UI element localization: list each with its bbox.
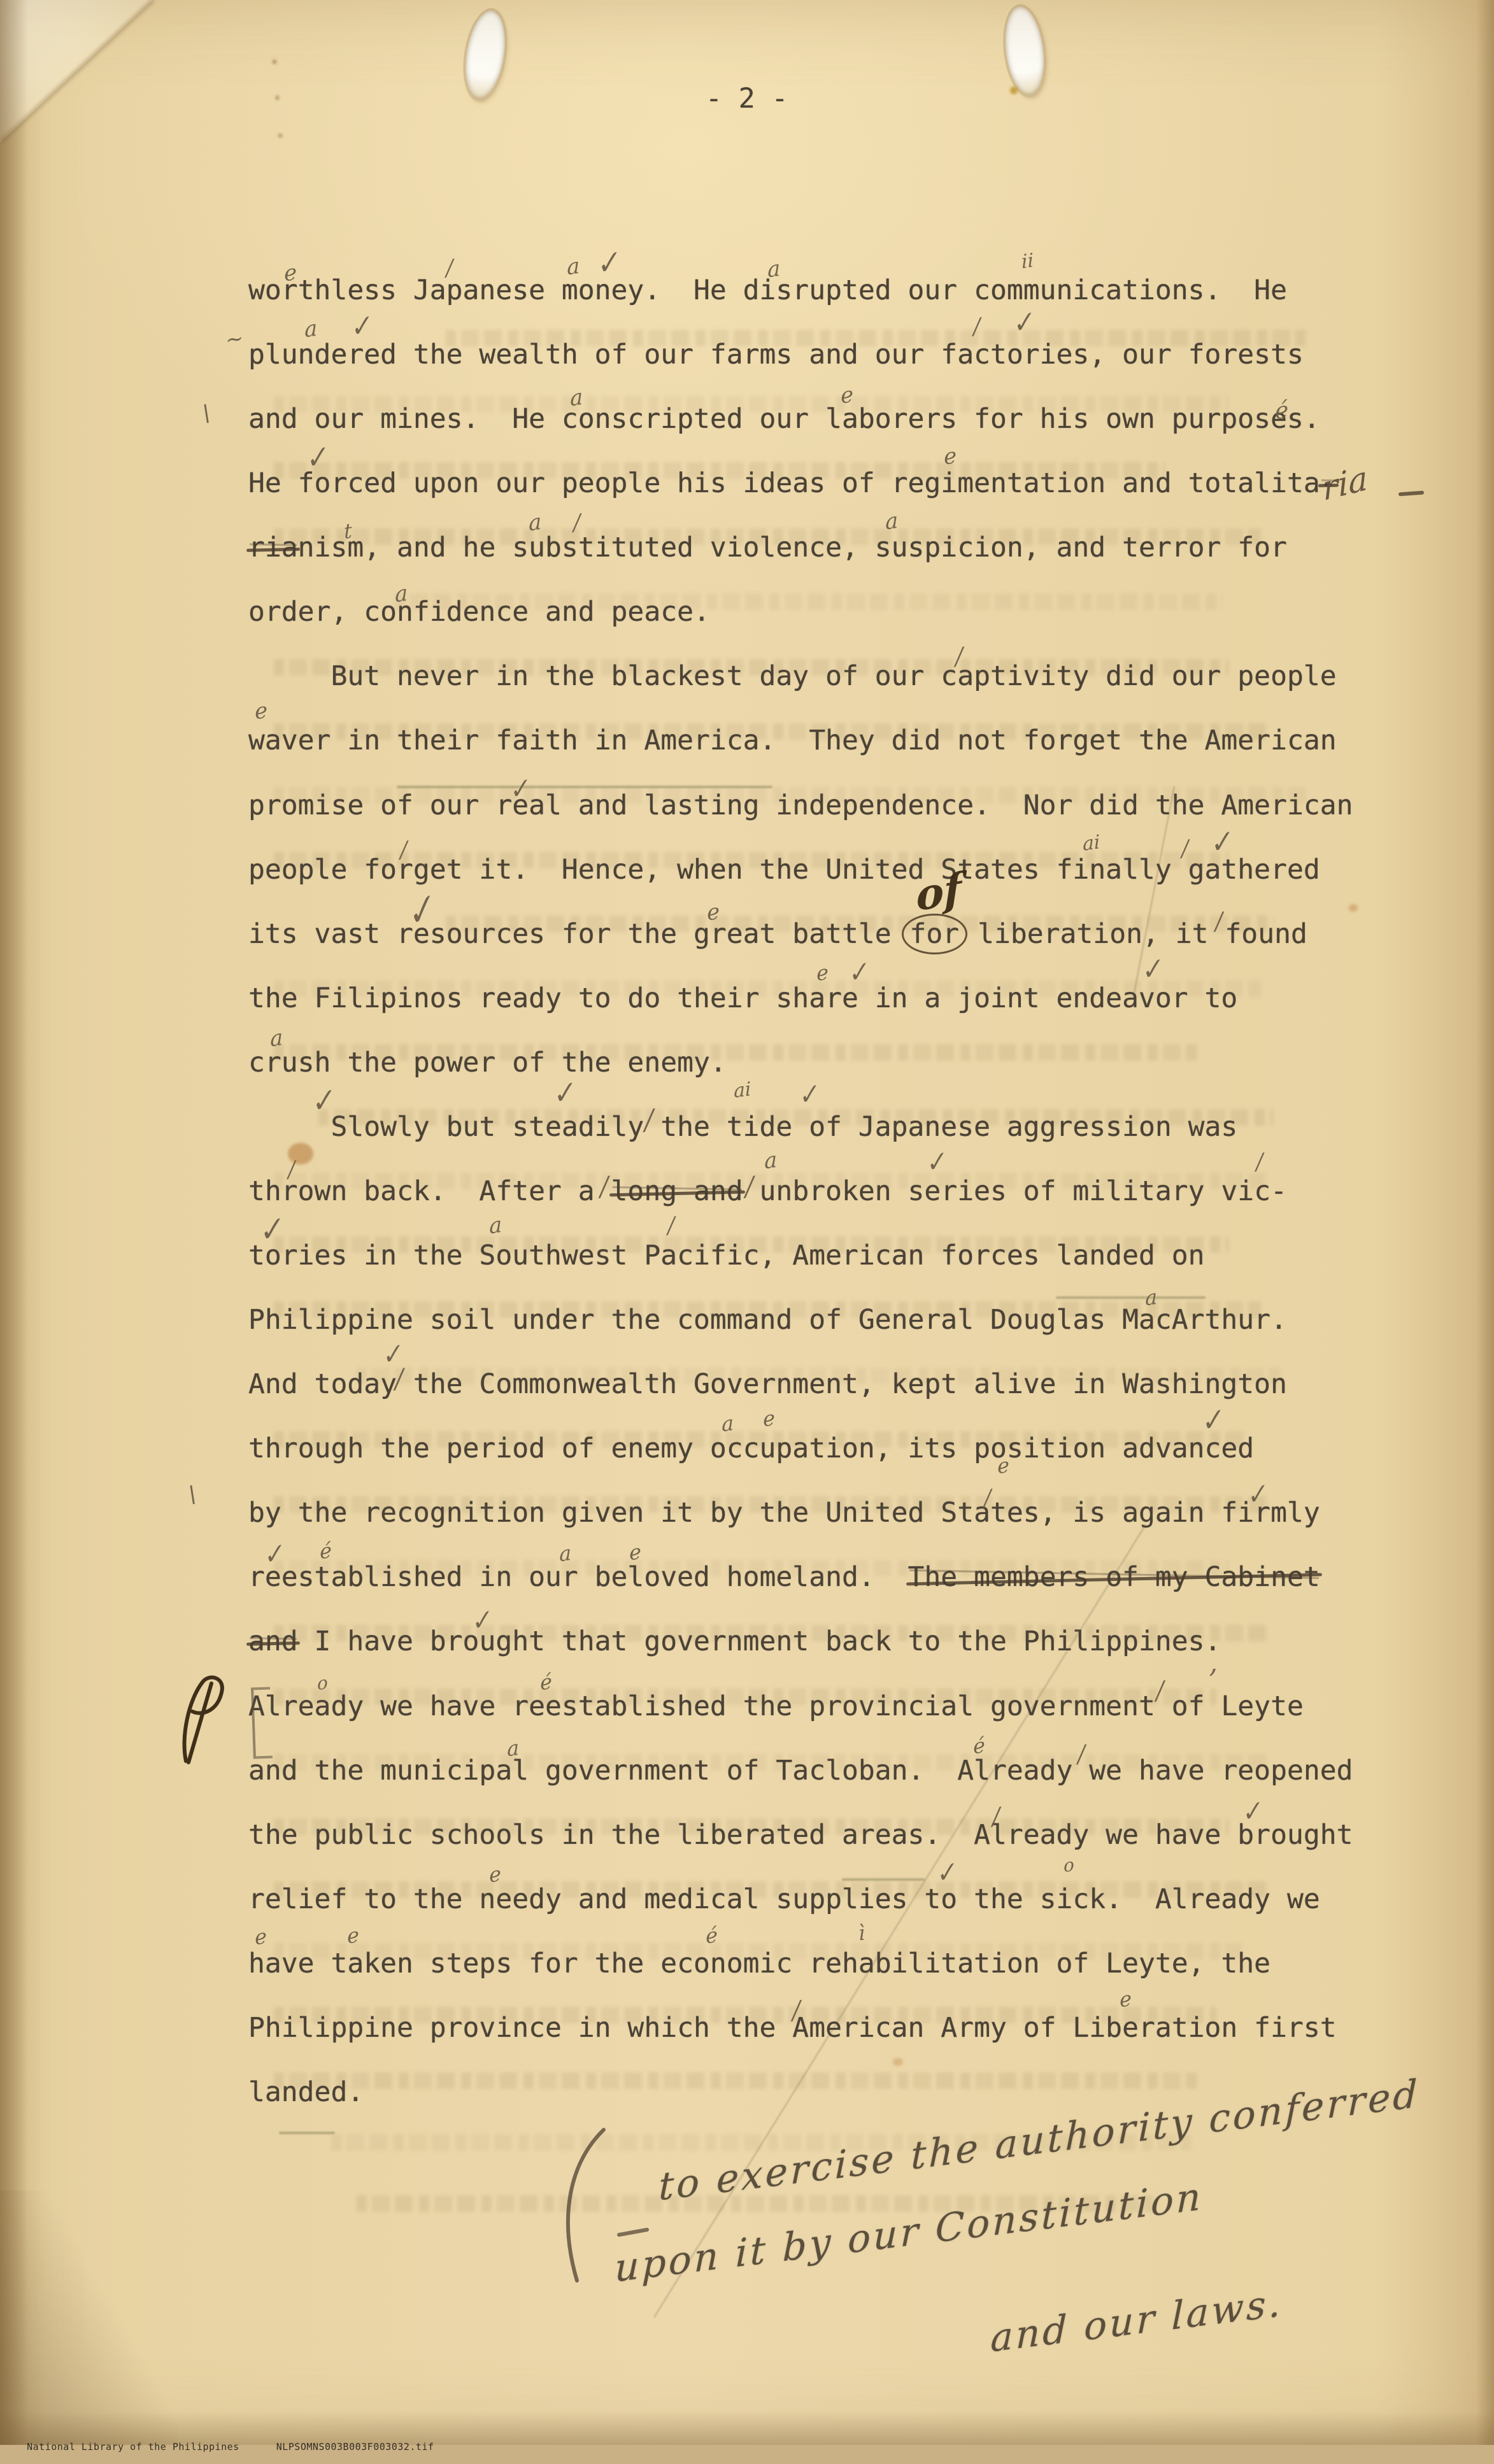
pencil-mark: e: [489, 1864, 502, 1886]
typed-segment: Philippine soil under the command of Gen…: [248, 1304, 1287, 1336]
typed-line: crush the power of the enemy.: [248, 1049, 727, 1077]
typed-line: order, confidence and peace.: [248, 598, 710, 626]
pencil-mark: /: [445, 257, 453, 280]
pencil-mark: é: [1274, 399, 1288, 423]
insertion-bracket: [251, 1687, 273, 1759]
typed-segment: thrown back. After a: [248, 1175, 611, 1207]
typed-line: relief to the needy and medical supplies…: [248, 1886, 1320, 1913]
paper-speck: [278, 134, 282, 138]
typed-line: have taken steps for the economic rehabi…: [248, 1950, 1270, 1978]
pencil-mark: e: [1120, 1988, 1132, 2011]
typed-segment: He forced upon our people his ideas of r…: [248, 467, 1320, 499]
typed-line: the public schools in the liberated area…: [248, 1822, 1353, 1849]
pencil-mark: e: [707, 901, 720, 924]
typed-segment: by the recognition given it by the Unite…: [248, 1497, 1320, 1529]
page-edge-right: [1476, 0, 1494, 2445]
typed-line: its vast resources for the great battle …: [248, 921, 1307, 948]
typed-segment: the Filipinos ready to do their share in…: [248, 982, 1237, 1014]
typed-line: promise of our real and lasting independ…: [248, 792, 1353, 819]
typed-segment-strike: long and: [611, 1175, 743, 1207]
pencil-mark: /: [667, 1214, 675, 1237]
typed-line: and the municipal government of Tacloban…: [248, 1757, 1353, 1785]
pencil-mark: a: [764, 1149, 778, 1173]
typed-segment: reestablished in our beloved homeland.: [248, 1561, 908, 1593]
pencil-mark: /: [1214, 910, 1223, 934]
pencil-mark: e: [284, 262, 297, 285]
typed-segment: I have brought that government back to t…: [298, 1625, 1221, 1657]
pencil-underline: [1056, 1296, 1206, 1299]
typed-line: rianism, and he substituted violence, su…: [248, 534, 1287, 562]
pencil-mark: ~: [225, 327, 244, 351]
typed-segment: and the municipal government of Tacloban…: [248, 1755, 1353, 1787]
pencil-mark: /: [992, 1805, 1000, 1829]
pencil-mark: ✓: [346, 311, 374, 342]
pencil-mark: ii: [1021, 251, 1034, 273]
pencil-underline: [279, 2132, 335, 2134]
paper-stain: [1349, 904, 1358, 912]
pencil-mark: o: [1064, 1856, 1075, 1875]
typed-segment: tories in the Southwest Pacific, America…: [248, 1240, 1205, 1271]
pencil-mark: /: [1077, 1743, 1085, 1767]
typed-line: waver in their faith in America. They di…: [248, 727, 1337, 754]
typed-segment-strike: ria: [248, 532, 298, 563]
handwritten-dash: [1398, 491, 1424, 497]
pencil-mark: /: [599, 1173, 609, 1200]
typed-line: tories in the Southwest Pacific, America…: [248, 1242, 1205, 1270]
pencil-mark: e: [944, 445, 957, 469]
pencil-mark: /: [644, 1106, 653, 1134]
typed-line: plundered the wealth of our farms and ou…: [248, 341, 1304, 369]
pencil-mark: é: [540, 1671, 553, 1694]
pencil-mark: ai: [734, 1080, 751, 1101]
paper-speck: [273, 60, 276, 64]
pencil-mark: /: [955, 645, 963, 669]
pencil-underline: [397, 786, 772, 788]
page-curl-bottom-left: [0, 2190, 178, 2445]
pencil-mark: /: [792, 1997, 800, 2023]
paper-speck: [276, 96, 279, 100]
pencil-mark: é: [973, 1735, 986, 1757]
document-page: - 2 - worthless Japanese money. He disru…: [0, 0, 1494, 2445]
pencil-mark: \: [202, 402, 210, 426]
paper-stain: [288, 1143, 313, 1165]
pencil-mark: o: [317, 1674, 329, 1693]
pencil-mark: ai: [1083, 833, 1100, 854]
pencil-mark: /: [1255, 1151, 1263, 1173]
pencil-mark: é: [706, 1925, 718, 1947]
pencil-mark: e: [816, 962, 829, 984]
pencil-mark: e: [255, 1926, 267, 1948]
typed-segment: crush the power of the enemy.: [248, 1047, 727, 1079]
footer-filename: NLPSOMNS003B003F003032.tif: [276, 2441, 434, 2445]
pencil-underline: [842, 1878, 925, 1881]
typed-segment: have taken steps for the economic rehabi…: [248, 1948, 1270, 1979]
pencil-mark: /: [1181, 837, 1189, 860]
typed-line: thrown back. After a long and unbroken s…: [248, 1178, 1287, 1205]
pencil-mark: /: [573, 511, 581, 534]
pencil-mark: /: [972, 315, 981, 338]
typed-segment: relief to the needy and medical supplies…: [248, 1883, 1320, 1915]
punch-hole-right: [1001, 4, 1049, 97]
typed-line: by the recognition given it by the Unite…: [248, 1499, 1320, 1527]
pencil-mark: é: [320, 1540, 332, 1562]
pencil-mark: a: [507, 1738, 520, 1760]
paper-stain: [893, 2058, 903, 2066]
pencil-mark: /: [399, 839, 408, 861]
footer-institution: National Library of the Philippines: [27, 2441, 239, 2445]
pencil-mark: ✓: [548, 1077, 578, 1110]
page-edge-left: [0, 0, 28, 2445]
punch-hole-left: [460, 8, 510, 101]
pencil-mark: a: [304, 318, 318, 341]
pencil-mark: a: [559, 1543, 572, 1565]
typed-line: and our mines. He conscripted our labore…: [248, 406, 1320, 433]
pencil-mark: a: [885, 510, 899, 534]
typed-line: and I have brought that government back …: [248, 1628, 1221, 1655]
typed-line: landed.: [248, 2079, 364, 2106]
typed-segment: landed.: [248, 2076, 364, 2108]
pencil-mark: /: [744, 1173, 754, 1200]
typed-segment-strike: and: [248, 1625, 298, 1657]
page-number: - 2 -: [706, 83, 788, 115]
paper-stain: [1010, 87, 1018, 94]
typed-segment: the public schools in the liberated area…: [248, 1819, 1353, 1851]
typed-line: But never in the blackest day of our cap…: [248, 663, 1337, 690]
pencil-mark: ,: [1208, 1648, 1218, 1678]
pencil-mark: /: [394, 1366, 404, 1392]
typed-segment: And today the Commonwealth Government, k…: [248, 1368, 1287, 1400]
typed-segment: But never in the blackest day of our cap…: [248, 660, 1337, 692]
pencil-mark: e: [255, 700, 268, 723]
typed-segment: waver in their faith in America. They di…: [248, 725, 1337, 756]
handwritten-of-replacement: of: [915, 863, 962, 921]
pencil-mark: e: [763, 1408, 776, 1430]
pencil-mark: ì: [858, 1922, 865, 1944]
pencil-mark: \: [188, 1483, 196, 1507]
typed-segment: promise of our real and lasting independ…: [248, 789, 1353, 821]
pencil-mark: /: [1155, 1678, 1164, 1703]
pencil-mark: a: [395, 583, 408, 606]
pencil-mark: ✓: [795, 1080, 822, 1110]
typed-segment: Slowly but steadily the tide of Japanese…: [248, 1111, 1237, 1143]
typed-line: through the period of enemy occupation, …: [248, 1435, 1254, 1462]
pencil-mark: e: [347, 1925, 360, 1947]
typed-line: And today the Commonwealth Government, k…: [248, 1371, 1287, 1398]
typed-line: Philippine soil under the command of Gen…: [248, 1306, 1287, 1334]
pencil-mark: t: [344, 520, 353, 542]
typed-segment: nism, and he substituted violence, suspi…: [298, 532, 1287, 563]
handwritten-ria-correction: ria: [1321, 459, 1369, 509]
pencil-mark: e: [629, 1541, 642, 1564]
pencil-mark: a: [270, 1027, 283, 1051]
paragraph-margin-mark: [167, 1673, 237, 1769]
typed-segment: unbroken series of military vic-: [743, 1175, 1287, 1207]
pencil-mark: a: [567, 255, 580, 279]
bleed-through-line: [274, 2072, 1197, 2089]
typed-line: Already we have reestablished the provin…: [248, 1693, 1304, 1720]
handwritten-note-line-3: and our laws.: [990, 2281, 1283, 2361]
pencil-mark: e: [841, 384, 854, 407]
typed-line: Slowly but steadily the tide of Japanese…: [248, 1114, 1237, 1141]
typed-segment: Already we have reestablished the provin…: [248, 1690, 1304, 1722]
pencil-mark: e: [997, 1455, 1010, 1477]
typed-segment: and our mines. He conscripted our labore…: [248, 403, 1320, 435]
typed-segment: order, confidence and peace.: [248, 596, 710, 628]
typed-segment-circle: for: [902, 914, 968, 954]
pencil-mark: a: [489, 1214, 502, 1238]
pencil-mark: a: [570, 386, 583, 410]
typed-segment: its vast resources for the great battle: [248, 918, 908, 950]
typed-line: He forced upon our people his ideas of r…: [248, 470, 1337, 497]
typed-segment: liberation, it found: [961, 918, 1307, 950]
typed-line: reestablished in our beloved homeland. T…: [248, 1564, 1320, 1591]
pencil-mark: a: [529, 511, 542, 535]
pencil-mark: /: [983, 1487, 992, 1510]
typed-segment: plundered the wealth of our farms and ou…: [248, 339, 1304, 371]
typed-segment: through the period of enemy occupation, …: [248, 1433, 1254, 1464]
typed-line: the Filipinos ready to do their share in…: [248, 985, 1237, 1012]
scan-footer: National Library of the PhilippinesNLPSO…: [3, 2430, 471, 2445]
pencil-mark: a: [767, 258, 781, 281]
pencil-mark: a: [722, 1413, 734, 1435]
